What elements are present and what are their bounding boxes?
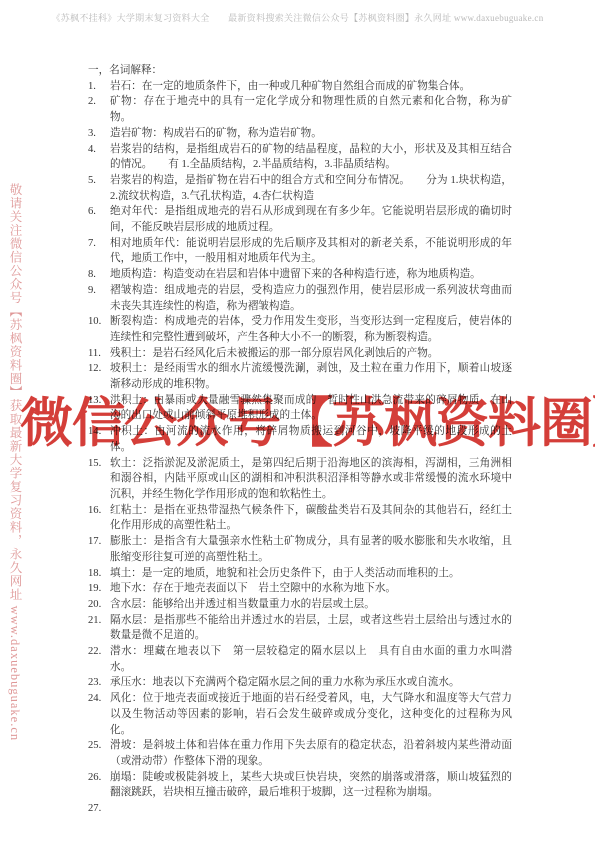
item-number: 9.: [88, 283, 110, 314]
list-item: 26. 崩塌：陡峻或极陡斜坡上，某些大块或巨快岩块，突然的崩落或滑落，顺山坡猛烈…: [88, 770, 512, 801]
item-text: 洪积土：由暴雨或大量融雪骤然集聚而成的 暂时性山洪急流带来的碎屑物质 在山沟的出…: [110, 393, 512, 424]
item-text: 相对地质年代：能说明岩层形成的先后顺序及其相对的新老关系，不能说明形成的年代，地…: [110, 236, 512, 267]
list-item: 13. 洪积土：由暴雨或大量融雪骤然集聚而成的 暂时性山洪急流带来的碎屑物质 在…: [88, 393, 512, 424]
list-item: 16. 红粘土：是指在亚热带湿热气候条件下，碳酸盐类岩石及其间杂的其他岩石，经红…: [88, 503, 512, 534]
item-number: 8.: [88, 267, 110, 283]
item-text: 残积土：是岩石经风化后未被搬运的那一部分原岩风化剥蚀后的产物。: [110, 346, 512, 362]
item-text: 冲积土：由河流的流水作用，将碎屑物质搬运到河谷中，坡降平缓的地段形成的土体。: [110, 424, 512, 455]
list-item: 19. 地下水：存在于地壳表面以下 岩土空隙中的水称为地下水。: [88, 581, 512, 597]
item-number: 22.: [88, 644, 110, 675]
list-item: 18. 填土：是一定的地质，地貌和社会历史条件下，由于人类活动而堆积的土。: [88, 566, 512, 582]
item-number: 3.: [88, 126, 110, 142]
item-text: 造岩矿物：构成岩石的矿物，称为造岩矿物。: [110, 126, 512, 142]
item-text: 含水层：能够给出并透过相当数量重力水的岩层或土层。: [110, 597, 512, 613]
item-text: 软土：泛指淤泥及淤泥质土，是第四纪后期于沿海地区的滨海相，泻湖相，三角洲相和溺谷…: [110, 456, 512, 503]
list-item: 25. 滑坡：是斜坡土体和岩体在重力作用下失去原有的稳定状态，沿着斜坡内某些滑动…: [88, 738, 512, 769]
item-text: 滑坡：是斜坡土体和岩体在重力作用下失去原有的稳定状态，沿着斜坡内某些滑动面（或滑…: [110, 738, 512, 769]
item-number: 6.: [88, 204, 110, 235]
item-text: 地下水：存在于地壳表面以下 岩土空隙中的水称为地下水。: [110, 581, 512, 597]
item-number: 2.: [88, 94, 110, 125]
item-text: 坡积土：是经雨雪水的细水片流缓慢洗涮，剥蚀，及土粒在重力作用下，顺着山坡逐渐移动…: [110, 361, 512, 392]
list-item: 15. 软土：泛指淤泥及淤泥质土，是第四纪后期于沿海地区的滨海相，泻湖相，三角洲…: [88, 456, 512, 503]
item-number: 18.: [88, 566, 110, 582]
list-item: 4. 岩浆岩的结构，是指组成岩石的矿物的结晶程度，晶粒的大小，形状及及其相互结合…: [88, 142, 512, 173]
section-title: 一，名词解释：: [88, 63, 512, 79]
item-text: 隔水层：是指那些不能给出并透过水的岩层，土层，或者这些岩土层给出与透过水的数量是…: [110, 613, 512, 644]
list-item: 21. 隔水层：是指那些不能给出并透过水的岩层，土层，或者这些岩土层给出与透过水…: [88, 613, 512, 644]
item-text: 矿物：存在于地壳中的具有一定化学成分和物理性质的自然元素和化合物，称为矿物。: [110, 94, 512, 125]
item-number: 23.: [88, 675, 110, 691]
item-number: 4.: [88, 142, 110, 173]
item-text: 褶皱构造：组成地壳的岩层，受构造应力的强烈作用，使岩层形成一系列波状弯曲而未丧失…: [110, 283, 512, 314]
list-item: 23. 承压水：地表以下充满两个稳定隔水层之间的重力水称为承压水或自流水。: [88, 675, 512, 691]
item-number: 14.: [88, 424, 110, 455]
item-number: 16.: [88, 503, 110, 534]
list-item: 14. 冲积土：由河流的流水作用，将碎屑物质搬运到河谷中，坡降平缓的地段形成的土…: [88, 424, 512, 455]
item-number: 5.: [88, 173, 110, 204]
item-number: 10.: [88, 314, 110, 345]
list-item: 9. 褶皱构造：组成地壳的岩层，受构造应力的强烈作用，使岩层形成一系列波状弯曲而…: [88, 283, 512, 314]
item-number: 21.: [88, 613, 110, 644]
list-item: 24. 风化：位于地壳表面或接近于地面的岩石经受着风，电，大气降水和温度等大气营…: [88, 691, 512, 738]
item-text: 岩浆岩的结构，是指组成岩石的矿物的结晶程度，晶粒的大小，形状及及其相互结合的情况…: [110, 142, 512, 173]
list-item: 8. 地质构造：构造变动在岩层和岩体中遗留下来的各种构造行迹，称为地质构造。: [88, 267, 512, 283]
item-text: [110, 801, 512, 817]
list-item: 2. 矿物：存在于地壳中的具有一定化学成分和物理性质的自然元素和化合物，称为矿物…: [88, 94, 512, 125]
list-item: 22. 潜水：埋藏在地表以下 第一层较稳定的隔水层以上 具有自由水面的重力水叫潜…: [88, 644, 512, 675]
item-text: 填土：是一定的地质，地貌和社会历史条件下，由于人类活动而堆积的土。: [110, 566, 512, 582]
item-text: 岩浆岩的构造，是指矿物在岩石中的组合方式和空间分布情况。 分为 1.块状构造，2…: [110, 173, 512, 204]
item-number: 15.: [88, 456, 110, 503]
item-number: 24.: [88, 691, 110, 738]
item-number: 7.: [88, 236, 110, 267]
list-item: 5. 岩浆岩的构造，是指矿物在岩石中的组合方式和空间分布情况。 分为 1.块状构…: [88, 173, 512, 204]
list-item: 11. 残积土：是岩石经风化后未被搬运的那一部分原岩风化剥蚀后的产物。: [88, 346, 512, 362]
list-item: 7. 相对地质年代：能说明岩层形成的先后顺序及其相对的新老关系，不能说明形成的年…: [88, 236, 512, 267]
list-item: 27.: [88, 801, 512, 817]
item-number: 13.: [88, 393, 110, 424]
item-number: 25.: [88, 738, 110, 769]
page-header-text: 《苏枫不挂科》大学期末复习资料大全 最新资料搜索关注微信公众号【苏枫资料圈】永久…: [0, 11, 595, 24]
item-number: 26.: [88, 770, 110, 801]
item-number: 1.: [88, 79, 110, 95]
list-item: 3. 造岩矿物：构成岩石的矿物，称为造岩矿物。: [88, 126, 512, 142]
item-text: 岩石：在一定的地质条件下，由一种或几种矿物自然组合而成的矿物集合体。: [110, 79, 512, 95]
item-text: 风化：位于地壳表面或接近于地面的岩石经受着风，电，大气降水和温度等大气营力以及生…: [110, 691, 512, 738]
list-item: 6. 绝对年代：是指组成地壳的岩石从形成到现在有多少年。它能说明岩层形成的确切时…: [88, 204, 512, 235]
item-text: 地质构造：构造变动在岩层和岩体中遗留下来的各种构造行迹，称为地质构造。: [110, 267, 512, 283]
side-vertical-watermark: 敬请关注微信公众号【苏枫资料圈】获取最新大学复习资料，永久网址 www.daxu…: [6, 183, 24, 653]
item-number: 12.: [88, 361, 110, 392]
list-item: 17. 膨胀土：是指含有大量强亲水性粘土矿物成分，具有显著的吸水膨胀和失水收缩，…: [88, 534, 512, 565]
item-text: 崩塌：陡峻或极陡斜坡上，某些大块或巨快岩块，突然的崩落或滑落，顺山坡猛烈的翻滚跳…: [110, 770, 512, 801]
list-item: 1. 岩石：在一定的地质条件下，由一种或几种矿物自然组合而成的矿物集合体。: [88, 79, 512, 95]
list-item: 10. 断裂构造：构成地壳的岩体，受力作用发生变形，当变形达到一定程度后，使岩体…: [88, 314, 512, 345]
item-number: 11.: [88, 346, 110, 362]
item-number: 17.: [88, 534, 110, 565]
item-text: 绝对年代：是指组成地壳的岩石从形成到现在有多少年。它能说明岩层形成的确切时间，不…: [110, 204, 512, 235]
list-item: 12. 坡积土：是经雨雪水的细水片流缓慢洗涮，剥蚀，及土粒在重力作用下，顺着山坡…: [88, 361, 512, 392]
definition-list: 1. 岩石：在一定的地质条件下，由一种或几种矿物自然组合而成的矿物集合体。 2.…: [88, 79, 512, 817]
item-number: 27.: [88, 801, 110, 817]
item-text: 承压水：地表以下充满两个稳定隔水层之间的重力水称为承压水或自流水。: [110, 675, 512, 691]
item-text: 断裂构造：构成地壳的岩体，受力作用发生变形，当变形达到一定程度后，使岩体的连续性…: [110, 314, 512, 345]
list-item: 20. 含水层：能够给出并透过相当数量重力水的岩层或土层。: [88, 597, 512, 613]
item-text: 潜水：埋藏在地表以下 第一层较稳定的隔水层以上 具有自由水面的重力水叫潜水。: [110, 644, 512, 675]
document-body: 一，名词解释： 1. 岩石：在一定的地质条件下，由一种或几种矿物自然组合而成的矿…: [88, 63, 512, 817]
item-text: 膨胀土：是指含有大量强亲水性粘土矿物成分，具有显著的吸水膨胀和失水收缩，且胀缩变…: [110, 534, 512, 565]
item-number: 20.: [88, 597, 110, 613]
item-number: 19.: [88, 581, 110, 597]
item-text: 红粘土：是指在亚热带湿热气候条件下，碳酸盐类岩石及其间杂的其他岩石，经红土化作用…: [110, 503, 512, 534]
